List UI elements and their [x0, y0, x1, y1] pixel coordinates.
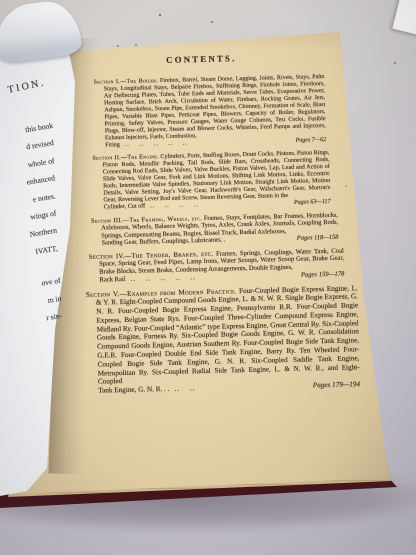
dust-specks — [159, 14, 161, 16]
section-tail-words: Sanding Gear, Buffers, Couplings, Lubric… — [101, 237, 225, 247]
paper-scrap — [392, 0, 416, 36]
section-page-range: Pages 179—194 — [313, 380, 361, 390]
contents-section-entry: Section V.—Examples from Modern Practice… — [86, 284, 360, 396]
contents-text-block: CONTENTS. Section I.—The Boiler. Firebox… — [80, 50, 371, 402]
dot-leader: .. .. — [174, 382, 307, 394]
section-page-range: Pages 118—158 — [297, 234, 339, 242]
section-tail-words: Firing — [105, 142, 120, 149]
dot-leader — [230, 240, 291, 242]
contents-section-entry: Section II.—The Engine. Cylinders, Ports… — [92, 149, 330, 211]
contents-section-entry: Section IV.—The Tender, Brakes, etc. Fra… — [89, 247, 345, 284]
contents-sections: Section I.—The Boiler. Firebox, Barrel, … — [81, 73, 372, 396]
section-topics: Four-Coupled Bogie Express Engine, L. & … — [96, 284, 360, 386]
contents-section-entry: Section I.—The Boiler. Firebox, Barrel, … — [94, 74, 327, 149]
section-tail-words: Tank Engine, G. N. R. . . — [98, 385, 170, 396]
contents-section-entry: Section III.—The Framing, Wheels, etc. F… — [91, 212, 339, 248]
section-page-range: Pages 159—178 — [301, 270, 345, 279]
photo-of-book-contents-page: { "colors":{ "table_surface":"#c7c3ca", … — [0, 0, 416, 555]
section-tail-words: Rack Rail — [99, 276, 125, 284]
section-tail-words: Cylinder, Cut off — [104, 203, 146, 211]
section-page-range: Pages 7—62 — [296, 137, 327, 145]
section-page-range: Pages 63—117 — [294, 199, 331, 207]
